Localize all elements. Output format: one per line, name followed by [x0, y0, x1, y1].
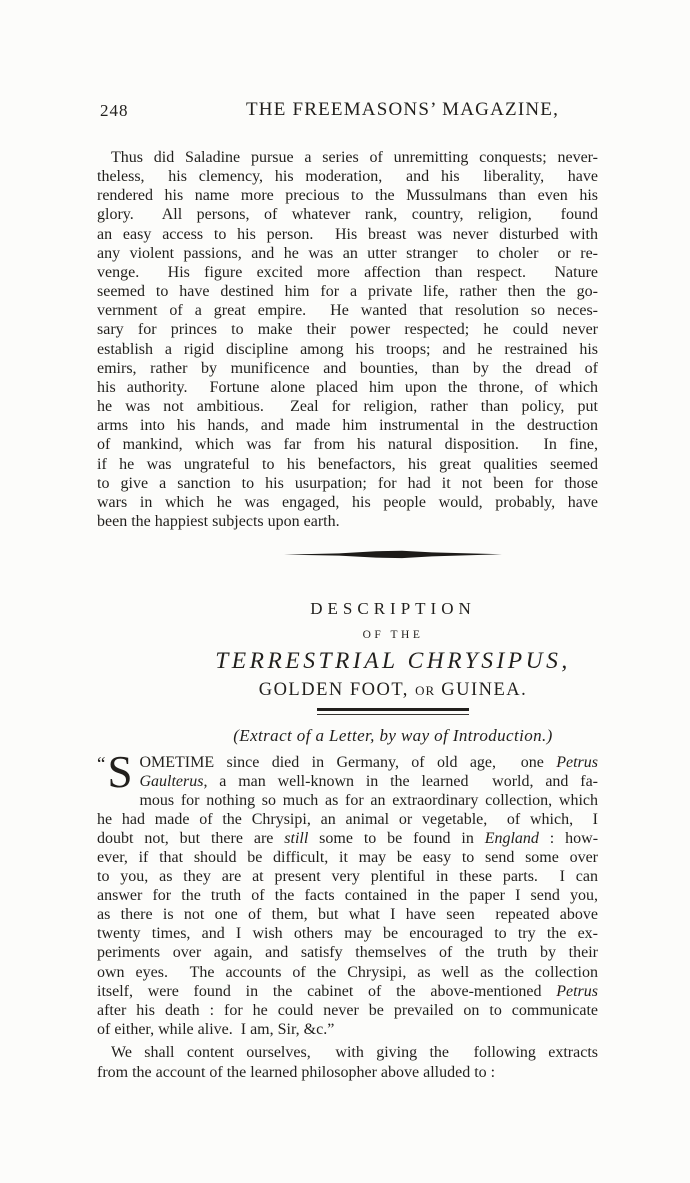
- text-line: establish a rigid discipline among his t…: [97, 340, 598, 359]
- text-line: answer for the truth of the facts contai…: [97, 886, 598, 905]
- text-line: twenty times, and I wish others may be e…: [97, 924, 598, 943]
- text-line: glory. All persons, of whatever rank, co…: [97, 205, 598, 224]
- text-line: to you, as they are at present very plen…: [97, 867, 598, 886]
- text-line: itself, were found in the cabinet of the…: [97, 982, 598, 1001]
- text-line: after his death : for he could never be …: [97, 1001, 598, 1020]
- heading-of-the: OF THE: [97, 629, 689, 641]
- text-line: emirs, rather by munificence and bountie…: [97, 359, 598, 378]
- text-line: he was not ambitious. Zeal for religion,…: [97, 397, 598, 416]
- swelled-rule-divider: [284, 550, 502, 559]
- text-line: any violent passions, and he was an utte…: [97, 244, 598, 263]
- text-line: own eyes. The accounts of the Chrysipi, …: [97, 963, 598, 982]
- text-line: OMETIME since died in Germany, of old ag…: [97, 753, 598, 772]
- drop-cap-letter: S: [107, 754, 132, 791]
- heading-golden-foot-post: GUINEA.: [435, 680, 527, 700]
- running-title: THE FREEMASONS’ MAGAZINE,: [0, 99, 690, 121]
- text-line: Gaulterus, a man well-known in the learn…: [97, 772, 598, 791]
- text-line: from the account of the learned philosop…: [97, 1063, 598, 1083]
- saladine-article-paragraph: Thus did Saladine pursue a series of unr…: [97, 148, 598, 531]
- text-line: wars in which he was engaged, his people…: [97, 493, 598, 512]
- letter-paragraph: “S OMETIME since died in Germany, of old…: [97, 753, 598, 1039]
- text-line: as there is not one of them, but what I …: [97, 905, 598, 924]
- text-line: rendered his name more precious to the M…: [97, 186, 598, 205]
- text-line: mous for nothing so much as for an extra…: [97, 791, 598, 810]
- text-line: an easy access to his person. His breast…: [97, 225, 598, 244]
- text-line: sary for princes to make their power res…: [97, 320, 598, 339]
- text-line: Thus did Saladine pursue a series of unr…: [97, 148, 598, 167]
- heading-golden-foot-pre: GOLDEN FOOT,: [259, 680, 415, 700]
- extract-note: (Extract of a Letter, by way of Introduc…: [97, 726, 689, 746]
- heading-description: DESCRIPTION: [97, 599, 689, 619]
- text-line: he had made of the Chrysipi, an animal o…: [97, 810, 598, 829]
- heading-terrestrial-chrysipus: TERRESTRIAL CHRYSIPUS,: [97, 648, 689, 675]
- description-heading-block: DESCRIPTION OF THE TERRESTRIAL CHRYSIPUS…: [97, 599, 689, 715]
- heading-golden-foot: GOLDEN FOOT, or GUINEA.: [97, 680, 689, 701]
- double-rule-divider: [317, 708, 469, 715]
- text-line: venge. His figure excited more affection…: [97, 263, 598, 282]
- closing-paragraph: We shall content ourselves, with giving …: [97, 1043, 598, 1084]
- text-line: We shall content ourselves, with giving …: [97, 1043, 598, 1063]
- text-line: arms into his hands, and made him instru…: [97, 416, 598, 435]
- magazine-page: 248 THE FREEMASONS’ MAGAZINE, Thus did S…: [0, 0, 690, 1183]
- text-line: to give a sanction to his usurpation; fo…: [97, 474, 598, 493]
- text-line: if he was ungrateful to his benefactors,…: [97, 455, 598, 474]
- text-line: seemed to have destined him for a privat…: [97, 282, 598, 301]
- text-line: periments over again, and satisfy themse…: [97, 943, 598, 962]
- text-line: been the happiest subjects upon earth.: [97, 512, 598, 531]
- drop-cap: “S: [97, 754, 132, 792]
- text-line: his authority. Fortune alone placed him …: [97, 378, 598, 397]
- opening-quote: “: [97, 755, 105, 774]
- text-line: ever, if that should be difficult, it ma…: [97, 848, 598, 867]
- heading-or: or: [415, 683, 435, 698]
- text-line: of mankind, which was far from his natur…: [97, 435, 598, 454]
- text-line: vernment of a great empire. He wanted th…: [97, 301, 598, 320]
- text-line: of either, while alive. I am, Sir, &c.”: [97, 1020, 598, 1039]
- text-line: theless, his clemency, his moderation, a…: [97, 167, 598, 186]
- text-line: doubt not, but there are still some to b…: [97, 829, 598, 848]
